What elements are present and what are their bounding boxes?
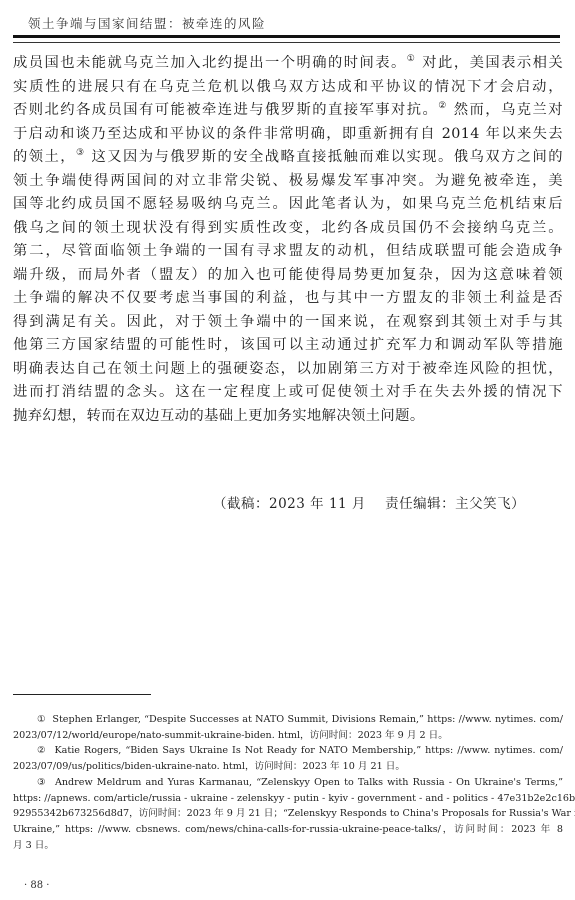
body-line: 实质性的进展只有在乌克兰危机以俄乌双方达成和平协议的情况下才会启动， — [13, 76, 563, 100]
footnote-line: https: //apnews. com/article/russia - uk… — [13, 791, 563, 807]
footnote-text: Stephen Erlanger, “Despite Successes at … — [52, 714, 563, 725]
body-line: 土争端的解决不仅要考虑当事国的利益，也与其中一方盟友的非领土利益是否 — [13, 287, 563, 311]
header-rule-thin — [13, 42, 560, 43]
body-line: 进而打消结盟的念头。这在一定程度上或可促使领土对手在失去外援的情况下 — [13, 381, 563, 405]
footnote-text: Andrew Meldrum and Yuras Karmanau, “Zele… — [55, 777, 563, 788]
footnote-1: ① Stephen Erlanger, “Despite Successes a… — [13, 712, 563, 743]
body-line: 端升级，而局外者（盟友）的加入也可能使得局势更加复杂，因为这意味着领 — [13, 264, 563, 288]
body-line: 抛弃幻想，转而在双边互动的基础上更加务实地解决领土问题。 — [13, 405, 563, 429]
body-line: 他第三方国家结盟的可能性时，该国可以主动通过扩充军力和调动军队等措施 — [13, 334, 563, 358]
body-line-text: 否则北约各成员国有可能被牵连进与俄罗斯的直接军事对抗。 — [13, 102, 438, 118]
footnote-2: ② Katie Rogers, “Biden Says Ukraine Is N… — [13, 743, 563, 774]
body-line-text: 这又因为与俄罗斯的安全战略直接抵触而难以实现。俄乌双方之间的 — [86, 149, 563, 165]
body-line: 得到满足有关。因此，对于领土争端中的一国来说，在观察到其领土对手与其 — [13, 311, 563, 335]
body-line-text: 然而，乌克兰对 — [448, 102, 563, 118]
footnote-marker: ② — [37, 745, 47, 756]
header-rule-thick — [13, 35, 560, 38]
footnote-marker: ① — [37, 714, 46, 725]
footnote-3: ③ Andrew Meldrum and Yuras Karmanau, “Ze… — [13, 775, 563, 854]
footnote-ref-2[interactable]: ② — [438, 101, 448, 111]
footnote-line: 92955342b673256d8d7，访问时间：2023 年 9 月 21 日… — [13, 806, 563, 822]
footnotes: ① Stephen Erlanger, “Despite Successes a… — [13, 712, 563, 853]
footnote-ref-1[interactable]: ① — [407, 54, 417, 64]
footnote-rule — [13, 694, 151, 695]
footnote-line: 2023/07/09/us/politics/biden-ukraine-nat… — [13, 759, 563, 775]
body-line-text: 的领土， — [13, 149, 76, 165]
footnote-line: 月 3 日。 — [13, 838, 563, 854]
body-line-text: 对此，美国表示相关 — [416, 55, 563, 71]
footnote-ref-3[interactable]: ③ — [76, 148, 86, 158]
body-line: 于启动和谈乃至达成和平协议的条件非常明确，即重新拥有自 2014 年以来失去 — [13, 123, 563, 147]
body-line: 的领土，③ 这又因为与俄罗斯的安全战略直接抵触而难以实现。俄乌双方之间的 — [13, 146, 563, 170]
body-line: 明确表达自己在领土问题上的强硬姿态，以加剧第三方对于被牵连风险的担忧， — [13, 358, 563, 382]
footnote-line: ③ Andrew Meldrum and Yuras Karmanau, “Ze… — [13, 775, 563, 791]
body-line: 国等北约成员国不愿轻易吸纳乌克兰。因此笔者认为，如果乌克兰危机结束后 — [13, 193, 563, 217]
body-line-text: 成员国也未能就乌克兰加入北约提出一个明确的时间表。 — [13, 55, 407, 71]
running-head: 领土争端与国家间结盟：被牵连的风险 — [28, 14, 266, 32]
body-line: 领土争端使得两国间的对立非常尖锐、极易爆发军事冲突。为避免被牵连，美 — [13, 170, 563, 194]
footnote-line: 2023/07/12/world/europe/nato-summit-ukra… — [13, 728, 563, 744]
footnote-marker: ③ — [37, 777, 47, 788]
footnote-line: ① Stephen Erlanger, “Despite Successes a… — [13, 712, 563, 728]
footnote-line: ② Katie Rogers, “Biden Says Ukraine Is N… — [13, 743, 563, 759]
body-line: 成员国也未能就乌克兰加入北约提出一个明确的时间表。① 对此，美国表示相关 — [13, 52, 563, 76]
body-line: 否则北约各成员国有可能被牵连进与俄罗斯的直接军事对抗。② 然而，乌克兰对 — [13, 99, 563, 123]
footnote-text: Katie Rogers, “Biden Says Ukraine Is Not… — [55, 745, 563, 756]
sign-off: （截稿：2023 年 11 月 责任编辑：主父笑飞） — [213, 492, 525, 512]
footnote-line: Ukraine,” https: //www. cbsnews. com/new… — [13, 822, 563, 838]
body-line: 俄乌之间的领土现状没有得到实质性改变，北约各成员国仍不会接纳乌克兰。 — [13, 217, 563, 241]
body-line: 第二，尽管面临领土争端的一国有寻求盟友的动机，但结成联盟可能会造成争 — [13, 240, 563, 264]
body-text: 成员国也未能就乌克兰加入北约提出一个明确的时间表。① 对此，美国表示相关 实质性… — [13, 52, 563, 428]
page-number: · 88 · — [24, 880, 49, 891]
